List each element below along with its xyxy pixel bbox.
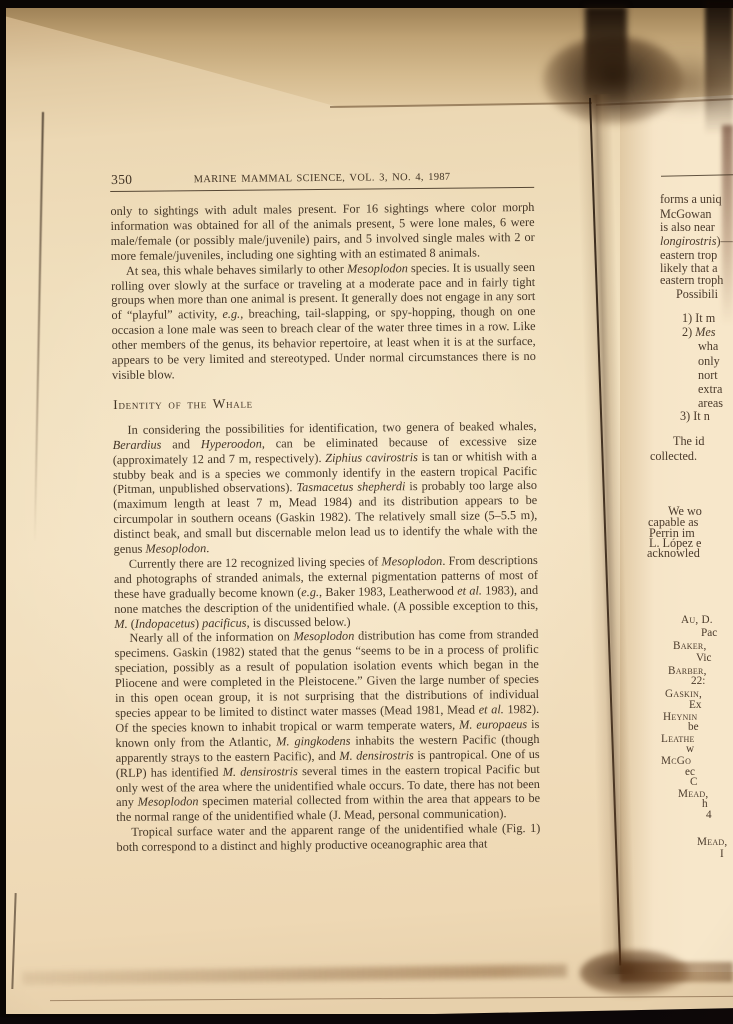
fragment-line: longirostris)— — [660, 235, 733, 248]
paragraph: Currently there are 12 recognized living… — [114, 553, 539, 632]
fragment-line: I — [720, 848, 724, 861]
fragment-line: only — [698, 355, 720, 368]
fragment-line: 1) It m — [682, 312, 715, 325]
fragment-line: Au, D. — [681, 614, 713, 627]
fragment-line: is also near — [660, 221, 715, 234]
fragment-line: forms a uniq — [660, 193, 722, 206]
running-head: 350 MARINE MAMMAL SCIENCE, VOL. 3, NO. 4… — [110, 165, 534, 192]
left-page-body: only to sightings with adult males prese… — [110, 200, 540, 855]
fragment-line: wha — [698, 340, 718, 353]
fragment-line: 4 — [706, 809, 712, 822]
paragraph: In considering the possibilities for ide… — [112, 419, 537, 557]
right-edge-shadow — [705, 0, 733, 135]
paragraph: Tropical surface water and the apparent … — [116, 821, 540, 855]
paragraph: Nearly all of the information on Mesoplo… — [114, 627, 540, 825]
journal-title: MARINE MAMMAL SCIENCE, VOL. 3, NO. 4, 19… — [110, 171, 534, 186]
fragment-line: Vic — [696, 652, 711, 665]
fragment-line: collected. — [650, 450, 697, 463]
paragraph: At sea, this whale behaves similarly to … — [111, 260, 536, 383]
fragment-line: acknowled — [647, 547, 700, 560]
fragment-line: The id — [673, 435, 704, 448]
left-page: 350 MARINE MAMMAL SCIENCE, VOL. 3, NO. 4… — [110, 165, 541, 855]
fragment-line: 2) Mes — [682, 326, 716, 339]
fragment-line: Possibili — [676, 288, 718, 301]
fragment-line: eastern troph — [660, 274, 723, 287]
fragment-line: 22: — [691, 675, 705, 688]
paragraph: only to sightings with adult males prese… — [110, 200, 535, 264]
fragment-line: Pac — [701, 627, 717, 640]
fragment-line: 3) It n — [680, 410, 710, 423]
fragment-line: nort — [698, 369, 718, 382]
section-heading: Identity of the Whale — [113, 394, 536, 413]
bottom-right-stain-band — [620, 962, 733, 982]
right-edge-stain — [722, 125, 733, 325]
fragment-line: extra — [698, 383, 722, 396]
book-photo: 350 MARINE MAMMAL SCIENCE, VOL. 3, NO. 4… — [0, 0, 733, 1024]
